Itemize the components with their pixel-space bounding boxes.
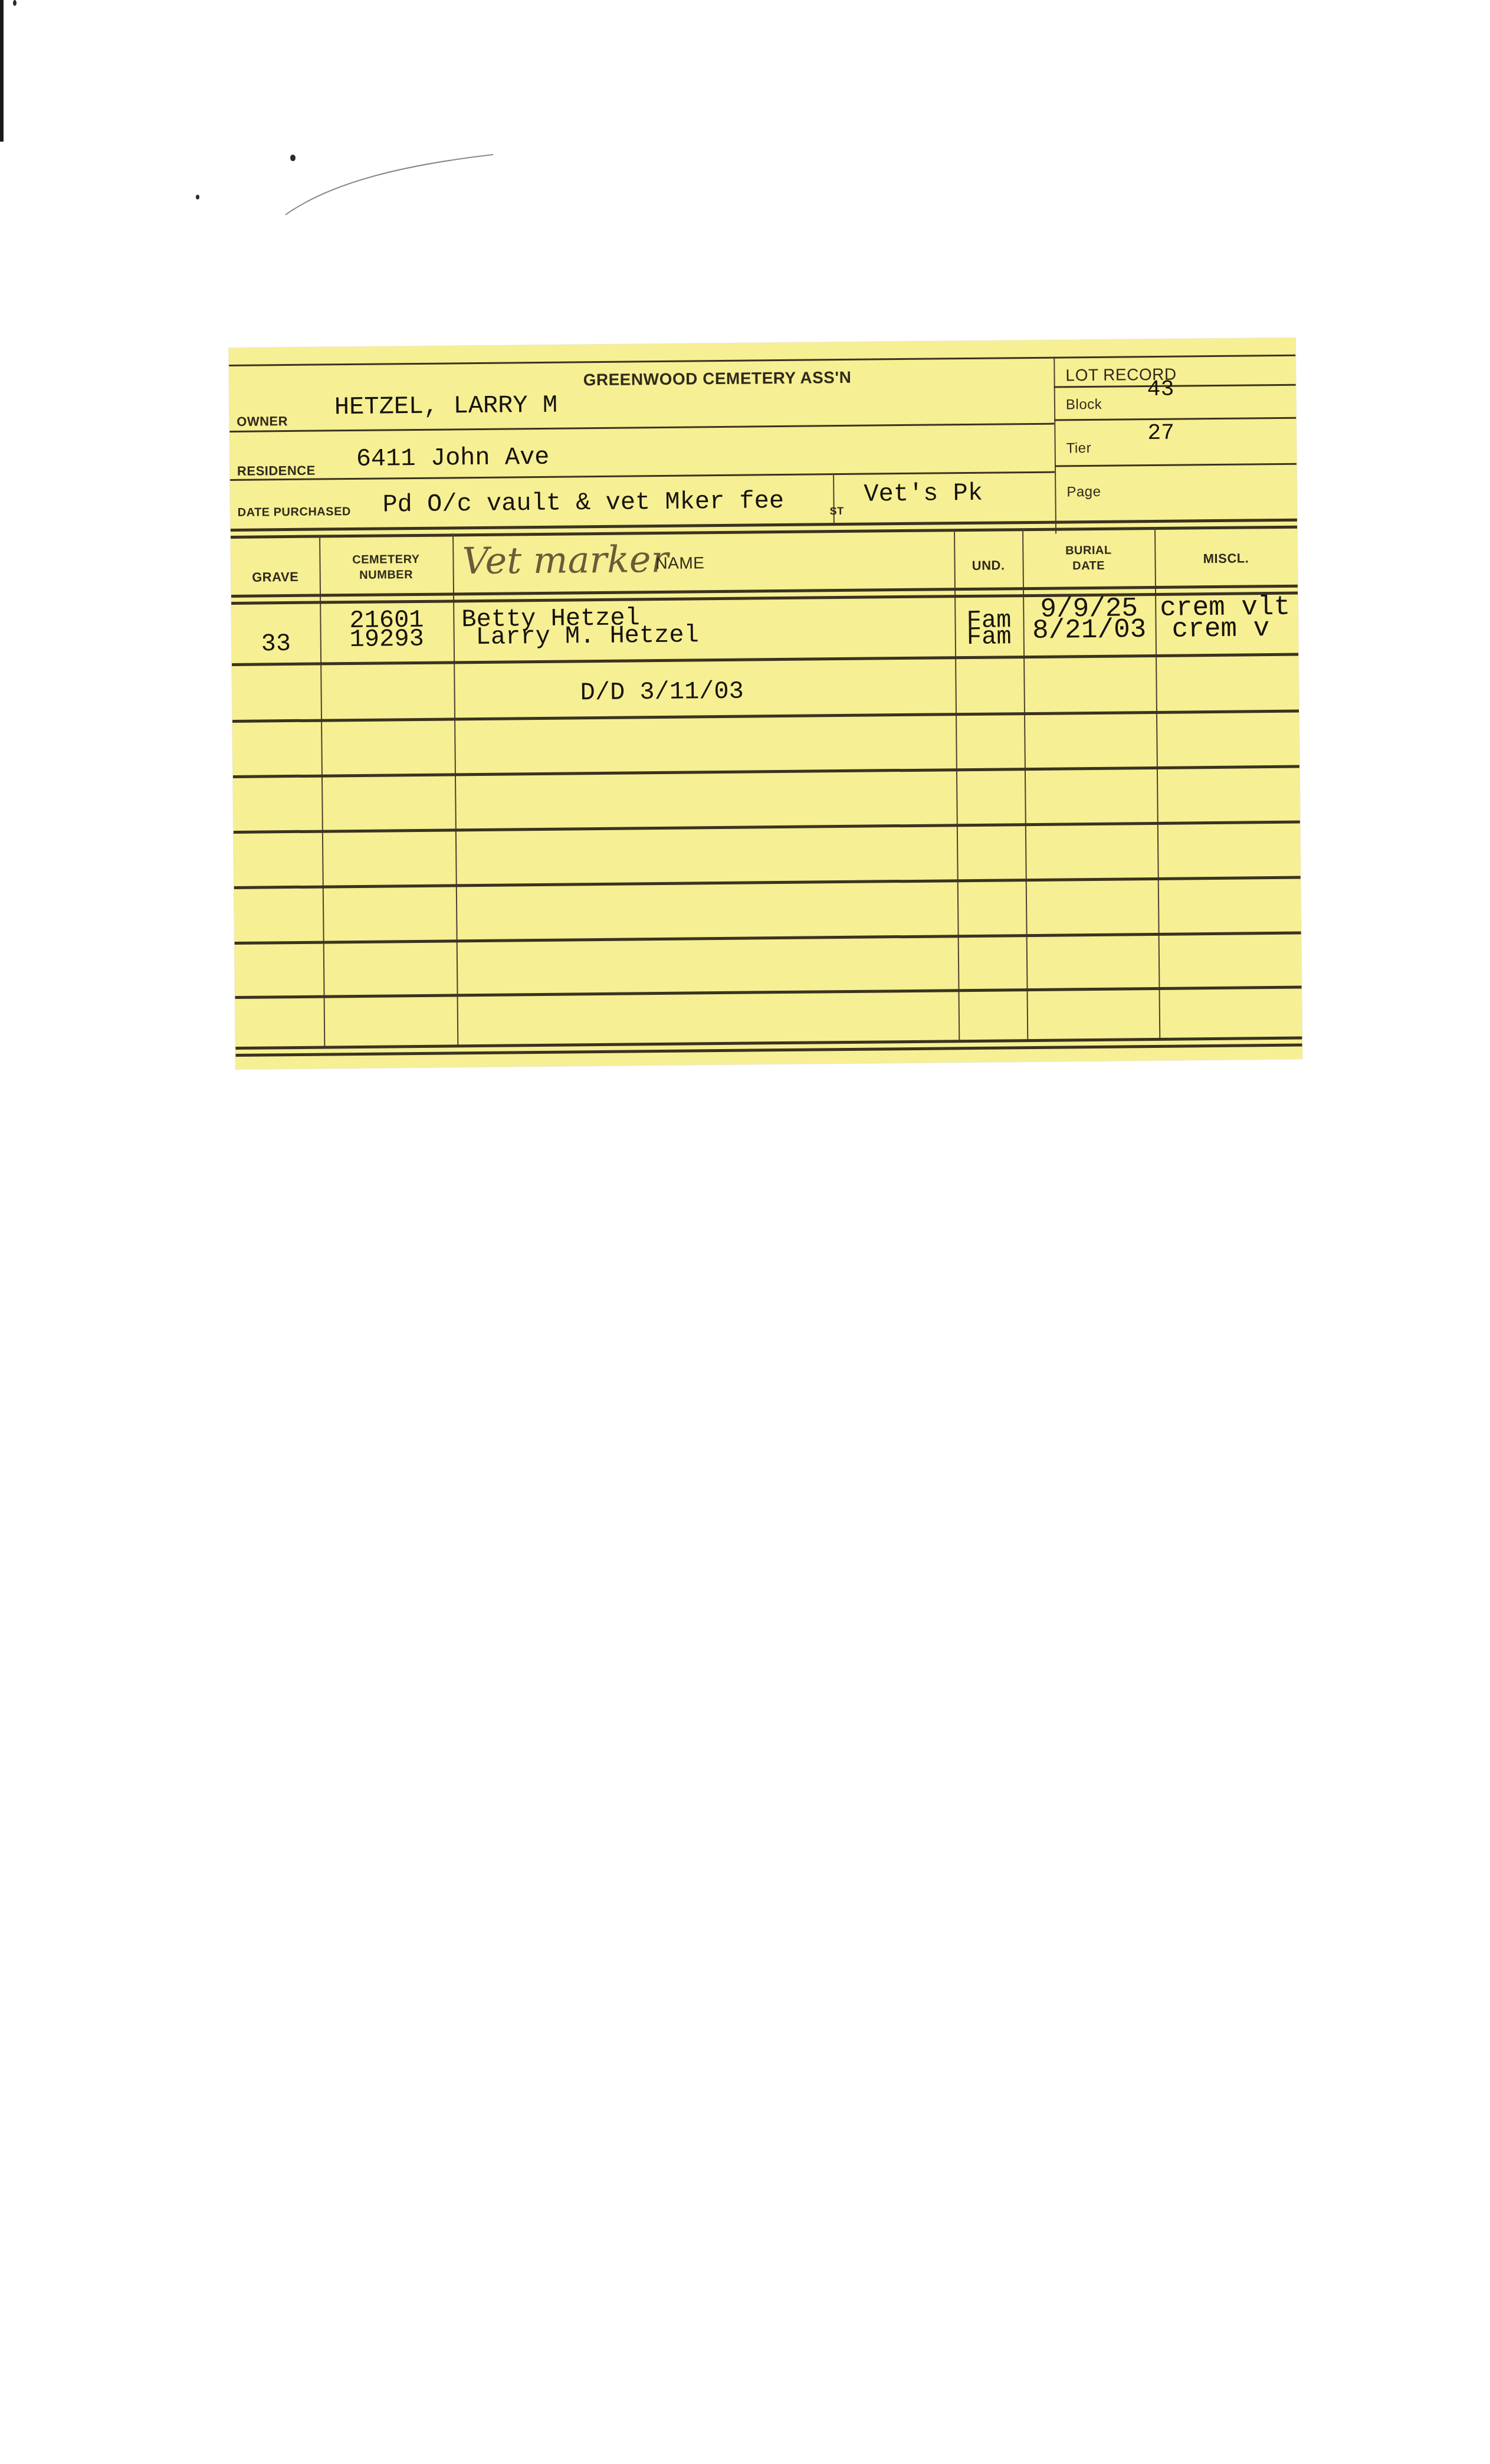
owner-label: OWNER [237, 414, 288, 430]
tier-label: Tier [1066, 440, 1092, 457]
table-row: 21601 Betty Hetzel Fam 9/9/25 crem vlt [229, 338, 1295, 348]
cell-cemetery-number: 19293 [320, 624, 454, 654]
cost-value: Vet's Pk [864, 479, 983, 509]
tier-value: 27 [1147, 421, 1174, 446]
col-header-miscl: MISCL. [1154, 551, 1297, 567]
row-rule [232, 710, 1299, 723]
row-rule [235, 986, 1302, 999]
tier-rule [1055, 463, 1297, 467]
owner-value: HETZEL, LARRY M [334, 391, 558, 422]
cost-label: ST [830, 505, 844, 517]
date-purchased-label: DATE PURCHASED [238, 505, 351, 520]
col-header-cemetery-number-1: CEMETERY [319, 552, 452, 567]
col-header-und: UND. [954, 558, 1022, 574]
cell-grave: 33 [232, 630, 320, 658]
col-divider-name [954, 529, 960, 1042]
cell-und: Fam [955, 622, 1023, 651]
block-value: 43 [1147, 377, 1174, 402]
lot-record-divider [1053, 357, 1056, 534]
row-rule [233, 765, 1299, 778]
block-label: Block [1066, 397, 1102, 414]
col-header-grave: GRAVE [231, 569, 320, 585]
residence-label: RESIDENCE [237, 463, 316, 479]
row-rule [234, 876, 1301, 889]
residence-value: 6411 John Ave [356, 443, 550, 473]
scan-scratch [283, 153, 495, 218]
table-row: 33 19293 Larry M. Hetzel Fam 8/21/03 cre… [229, 338, 1295, 348]
scan-speck [196, 195, 199, 199]
scan-edge-artifact [0, 0, 4, 142]
card-top-rule [229, 355, 1295, 366]
lot-record-card: GREENWOOD CEMETERY ASS'N LOT RECORD Bloc… [229, 338, 1302, 1069]
col-header-name: NAME [655, 553, 704, 573]
owner-rule [229, 423, 1054, 432]
cell-grave [231, 607, 320, 608]
death-date-note: D/D 3/11/03 [580, 677, 744, 707]
scan-speck [13, 0, 17, 6]
date-purchased-value: Pd O/c vault & vet Mker fee [382, 487, 784, 519]
page-label: Page [1066, 484, 1101, 501]
handwritten-vet-marker-note: Vet marker [462, 538, 668, 582]
cell-burial-date: 8/21/03 [1023, 614, 1155, 646]
row-rule [234, 821, 1300, 834]
col-header-burial-date-1: BURIAL [1022, 543, 1154, 558]
cell-miscl: crem v [1171, 613, 1269, 645]
block-rule [1054, 417, 1296, 421]
col-divider-cemetery-number [452, 533, 458, 1047]
col-header-burial-date-2: DATE [1023, 559, 1155, 574]
cell-name: Larry M. Hetzel [475, 621, 699, 651]
row-rule [232, 653, 1298, 666]
org-name: GREENWOOD CEMETERY ASS'N [583, 368, 851, 389]
col-header-cemetery-number-2: NUMBER [320, 568, 453, 582]
row-rule [235, 932, 1301, 945]
